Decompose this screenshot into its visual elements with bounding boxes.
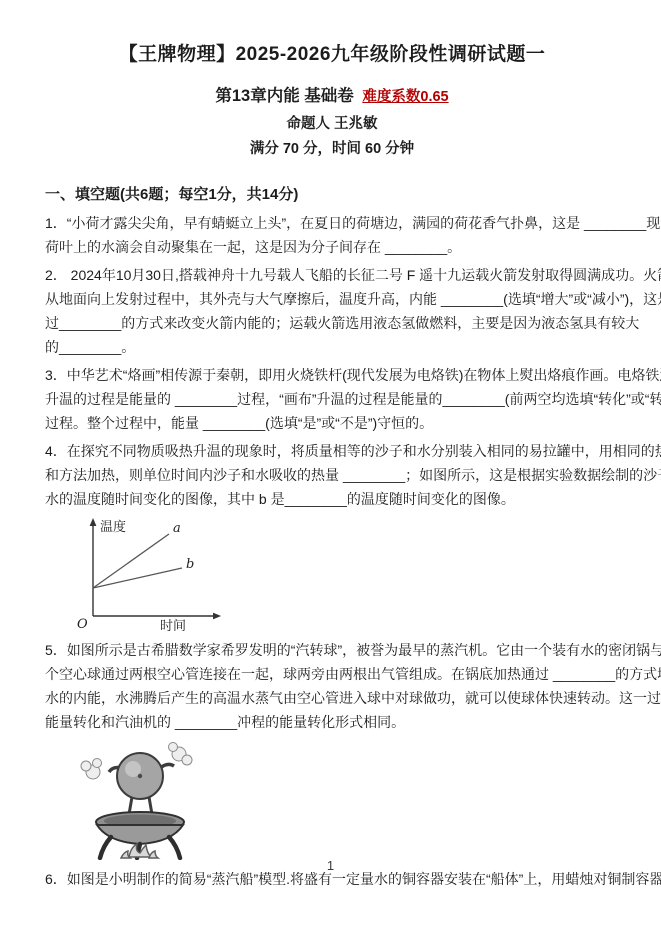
question-2-line-4: 的________。 [45, 335, 619, 359]
question-3-line-3: 过程。整个过程中，能量 ________(选填“是”或“不是”)守恒的。 [45, 411, 619, 435]
question-2: 2． 2024年10月30日,搭载神舟十九号载人飞船的长征二号 F 遥十九运载火… [45, 263, 619, 359]
graph-xlabel: 时间 [160, 618, 186, 631]
question-3-line-2: 升温的过程是能量的 ________过程，“画布”升温的过程是能量的______… [45, 387, 619, 411]
question-2-line-2: 从地面向上发射过程中，其外壳与大气摩擦后，温度升高，内能 ________(选填… [45, 287, 619, 311]
graph-origin-label: O [77, 617, 88, 631]
question-4-line-2: 和方法加热，则单位时间内沙子和水吸收的热量 ________；如图所示，这是根据… [45, 463, 619, 487]
difficulty-coefficient: 难度系数0.65 [362, 89, 448, 105]
y-axis-arrow [90, 518, 97, 526]
question-5-line-1: 5．如图所示是古希腊数学家希罗发明的“汽转球”，被誉为最早的蒸汽机。它由一个装有… [45, 638, 619, 662]
question-3-line-1: 3．中华艺术“烙画”相传源于秦朝，即用火烧铁杆(现代发展为电烙铁)在物体上熨出烙… [45, 363, 619, 387]
exam-page: 【王牌物理】2025-2026九年级阶段性调研试题一 第13章内能 基础卷 难度… [0, 0, 661, 935]
exam-title: 【王牌物理】2025-2026九年级阶段性调研试题一 [45, 44, 619, 66]
question-5-line-3: 水的内能，水沸腾后产生的高温水蒸气由空心管进入球中对球做功，就可以使球体快速转动… [45, 686, 619, 710]
author-line: 命题人 王兆敏 [45, 116, 619, 133]
question-4: 4．在探究不同物质吸热升温的现象时，将质量相等的沙子和水分别装入相同的易拉罐中，… [45, 439, 619, 511]
question-5-line-2: 个空心球通过两根空心管连接在一起，球两旁由两根出气管组成。在锅底加热通过 ___… [45, 662, 619, 686]
aeolipile-figure [63, 738, 619, 865]
question-1: 1．“小荷才露尖尖角，早有蜻蜓立上头”，在夏日的荷塘边，满园的荷花香气扑鼻，这是… [45, 211, 619, 259]
chapter-title: 第13章内能 基础卷 [215, 87, 353, 105]
question-1-line-1: 1．“小荷才露尖尖角，早有蜻蜓立上头”，在夏日的荷塘边，满园的荷花香气扑鼻，这是… [45, 211, 619, 235]
graph-axes [93, 524, 215, 616]
series-a-label: a [173, 521, 181, 536]
temperature-time-graph-figure: 温度 时间 O a b [63, 515, 619, 636]
graph-ylabel: 温度 [100, 519, 126, 534]
question-3: 3．中华艺术“烙画”相传源于秦朝，即用火烧铁杆(现代发展为电烙铁)在物体上熨出烙… [45, 363, 619, 435]
score-time-line: 满分 70 分，时间 60 分钟 [45, 141, 619, 158]
question-5-line-4: 能量转化和汽油机的 ________冲程的能量转化形式相同。 [45, 710, 619, 734]
series-b-label: b [186, 557, 194, 572]
question-2-line-1: 2． 2024年10月30日,搭载神舟十九号载人飞船的长征二号 F 遥十九运载火… [45, 263, 619, 287]
steam-sphere [117, 753, 163, 799]
question-2-line-3: 过________的方式来改变火箭内能的；运载火箭选用液态氢做燃料，主要是因为液… [45, 311, 619, 335]
question-1-line-2: 荷叶上的水滴会自动聚集在一起，这是因为分子间存在 ________。 [45, 235, 619, 259]
page-content: 【王牌物理】2025-2026九年级阶段性调研试题一 第13章内能 基础卷 难度… [0, 0, 661, 891]
temperature-time-graph: 温度 时间 O a b [63, 515, 243, 631]
section-heading-fill-in-blanks: 一、填空题(共6题；每空1分，共14分) [45, 185, 619, 204]
question-5: 5．如图所示是古希腊数学家希罗发明的“汽转球”，被誉为最早的蒸汽机。它由一个装有… [45, 638, 619, 734]
page-number: 1 [0, 858, 661, 873]
question-4-line-3: 水的温度随时间变化的图像，其中 b 是________的温度随时间变化的图像。 [45, 487, 619, 511]
aeolipile-illustration [63, 738, 213, 860]
x-axis-arrow [213, 613, 221, 620]
chapter-subtitle-row: 第13章内能 基础卷 难度系数0.65 [45, 86, 619, 107]
question-4-line-1: 4．在探究不同物质吸热升温的现象时，将质量相等的沙子和水分别装入相同的易拉罐中，… [45, 439, 619, 463]
